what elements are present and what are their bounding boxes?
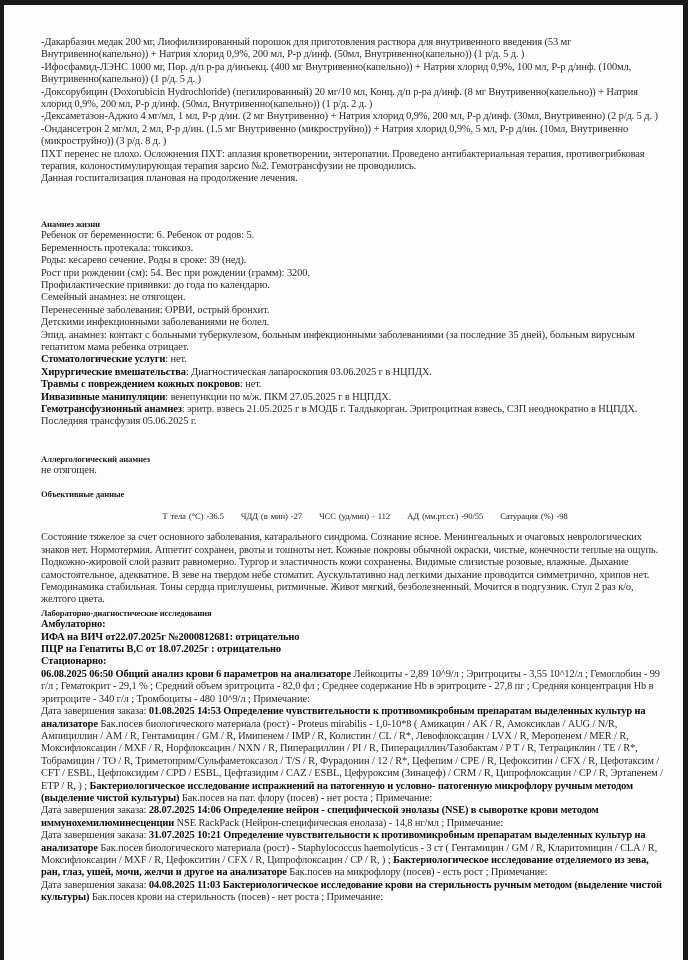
drug-line: -Ондансетрон 2 мг/мл, 2 мл, Р-р д/ин. (1… [41,124,663,149]
lab-entry-prefix: Дата завершения заказа: [41,880,149,891]
field-value: : венепункции по м/ж. ПКМ 27.05.2025 г в… [165,392,391,403]
drug-line: -Дексаметазон-Аджио 4 мг/мл, 1 мл, Р-р д… [41,111,663,123]
drug-line: -Дакарбазин медак 200 мг, Лиофилизирован… [41,37,663,62]
document-content: -Дакарбазин медак 200 мг, Лиофилизирован… [41,37,663,905]
field-label: Гемотрансфузионный анамнез [41,404,182,415]
vital-respiratory-rate: ЧДД (в мин) -27 [241,511,302,521]
life-history-line: Семейный анамнез: не отягощен. [41,292,663,304]
outpatient-result: ПЦР на Гепатиты В,С от 18.07.2025г : отр… [41,644,663,656]
field-value: : нет. [165,354,186,365]
lab-entry: Дата завершения заказа: 28.07.2025 14:06… [41,805,663,830]
vital-saturation: Сатурация (%) -98 [500,511,567,521]
life-history-line: Профилактические прививки: до года по ка… [41,280,663,292]
lab-entry: 06.08.2025 06:50 Общий анализ крови 6 па… [41,669,663,706]
lab-entry-result: NSE RackPack (Нейрон-специфическая енола… [174,818,503,829]
transfusion-history: Гемотрансфузионный анамнез: эритр. взвес… [41,404,663,429]
drug-line: -Доксорубицин (Doxorubicin Hydrochloride… [41,87,663,112]
life-history-title: Анамнез жизни [41,218,663,230]
vitals-line: Т тела (°С) -36.5 ЧДД (в мин) -27 ЧСС (у… [41,510,663,522]
labs-section: Лабораторно-диагностические исследования… [41,607,663,905]
dental-services: Стоматологические услуги: нет. [41,354,663,366]
life-history-line: Перенесенные заболевания: ОРВИ, острый б… [41,305,663,317]
objective-section: Объективные данные Т тела (°С) -36.5 ЧДД… [41,488,663,607]
lab-entry-title: 06.08.2025 06:50 Общий анализ крови 6 па… [41,669,351,680]
life-history-line: Эпид. анамнез: контакт с больными туберк… [41,330,663,355]
field-label: Хирургические вмешательства [41,367,186,378]
life-history-line: Роды: кесарево сечение. Роды в сроке: 39… [41,255,663,267]
vital-temperature: Т тела (°С) -36.5 [162,511,223,521]
outpatient-label: Амбулаторно: [41,619,663,631]
life-history-line: Детскими инфекционными заболеваниями не … [41,317,663,329]
allergy-value: не отягощен. [41,465,663,477]
lab-entry-result: Бак.посев крови на стерильность (посев) … [89,892,383,903]
labs-title: Лабораторно-диагностические исследования [41,607,663,619]
lab-entry: Дата завершения заказа: 31.07.2025 10:21… [41,830,663,880]
field-label: Травмы с повреждением кожных покровов [41,379,240,390]
objective-title: Объективные данные [41,488,663,500]
lab-entry-result-2: Бак.посев на пат. флору (посев) - нет ро… [179,793,432,804]
life-history-line: Рост при рождении (см): 54. Вес при рожд… [41,268,663,280]
field-label: Инвазивные манипуляции [41,392,165,403]
drug-line: -Ифосфамид-ЛЭНС 1000 мг, Пор. д/п р-ра д… [41,62,663,87]
inpatient-label: Стационарно: [41,656,663,668]
field-value: : нет. [240,379,261,390]
field-label: Стоматологические услуги [41,354,165,365]
life-history-section: Анамнез жизни Ребенок от беременности: 6… [41,218,663,429]
lab-entry: Дата завершения заказа: 04.08.2025 11:03… [41,880,663,905]
allergy-title: Аллергологический анамнез [41,453,663,465]
invasive-manipulations: Инвазивные манипуляции: венепункции по м… [41,392,663,404]
scanned-document-page: -Дакарбазин медак 200 мг, Лиофилизирован… [4,5,683,960]
allergy-section: Аллергологический анамнез не отягощен. [41,453,663,478]
outpatient-result: ИФА на ВИЧ от22.07.2025г №2000812681: от… [41,632,663,644]
surgical-interventions: Хирургические вмешательства: Диагностиче… [41,367,663,379]
objective-status: Состояние тяжелое за счет основного забо… [41,532,663,606]
treatment-section: -Дакарбазин медак 200 мг, Лиофилизирован… [41,37,663,186]
life-history-line: Ребенок от беременности: 6. Ребенок от р… [41,230,663,242]
life-history-line: Беременность протекала: токсикоз. [41,243,663,255]
lab-entry-result-2: Бак.посев на микрофлору (посев) - есть р… [287,867,548,878]
treatment-summary: ПХТ перенес не плохо. Осложнения ПХТ: ап… [41,149,663,174]
skin-injuries: Травмы с повреждением кожных покровов: н… [41,379,663,391]
field-value: : Диагностическая лапароскопия 03.06.202… [186,367,432,378]
vital-blood-pressure: АД (мм.рт.ст.) -90/55 [407,511,483,521]
vital-heart-rate: ЧСС (уд/мин) - 112 [319,511,390,521]
lab-entry-prefix: Дата завершения заказа: [41,830,149,841]
lab-entry-prefix: Дата завершения заказа: [41,706,149,717]
lab-entry: Дата завершения заказа: 01.08.2025 14:53… [41,706,663,805]
lab-entry-prefix: Дата завершения заказа: [41,805,149,816]
hospitalization-note: Данная госпитализация плановая на продол… [41,173,663,185]
